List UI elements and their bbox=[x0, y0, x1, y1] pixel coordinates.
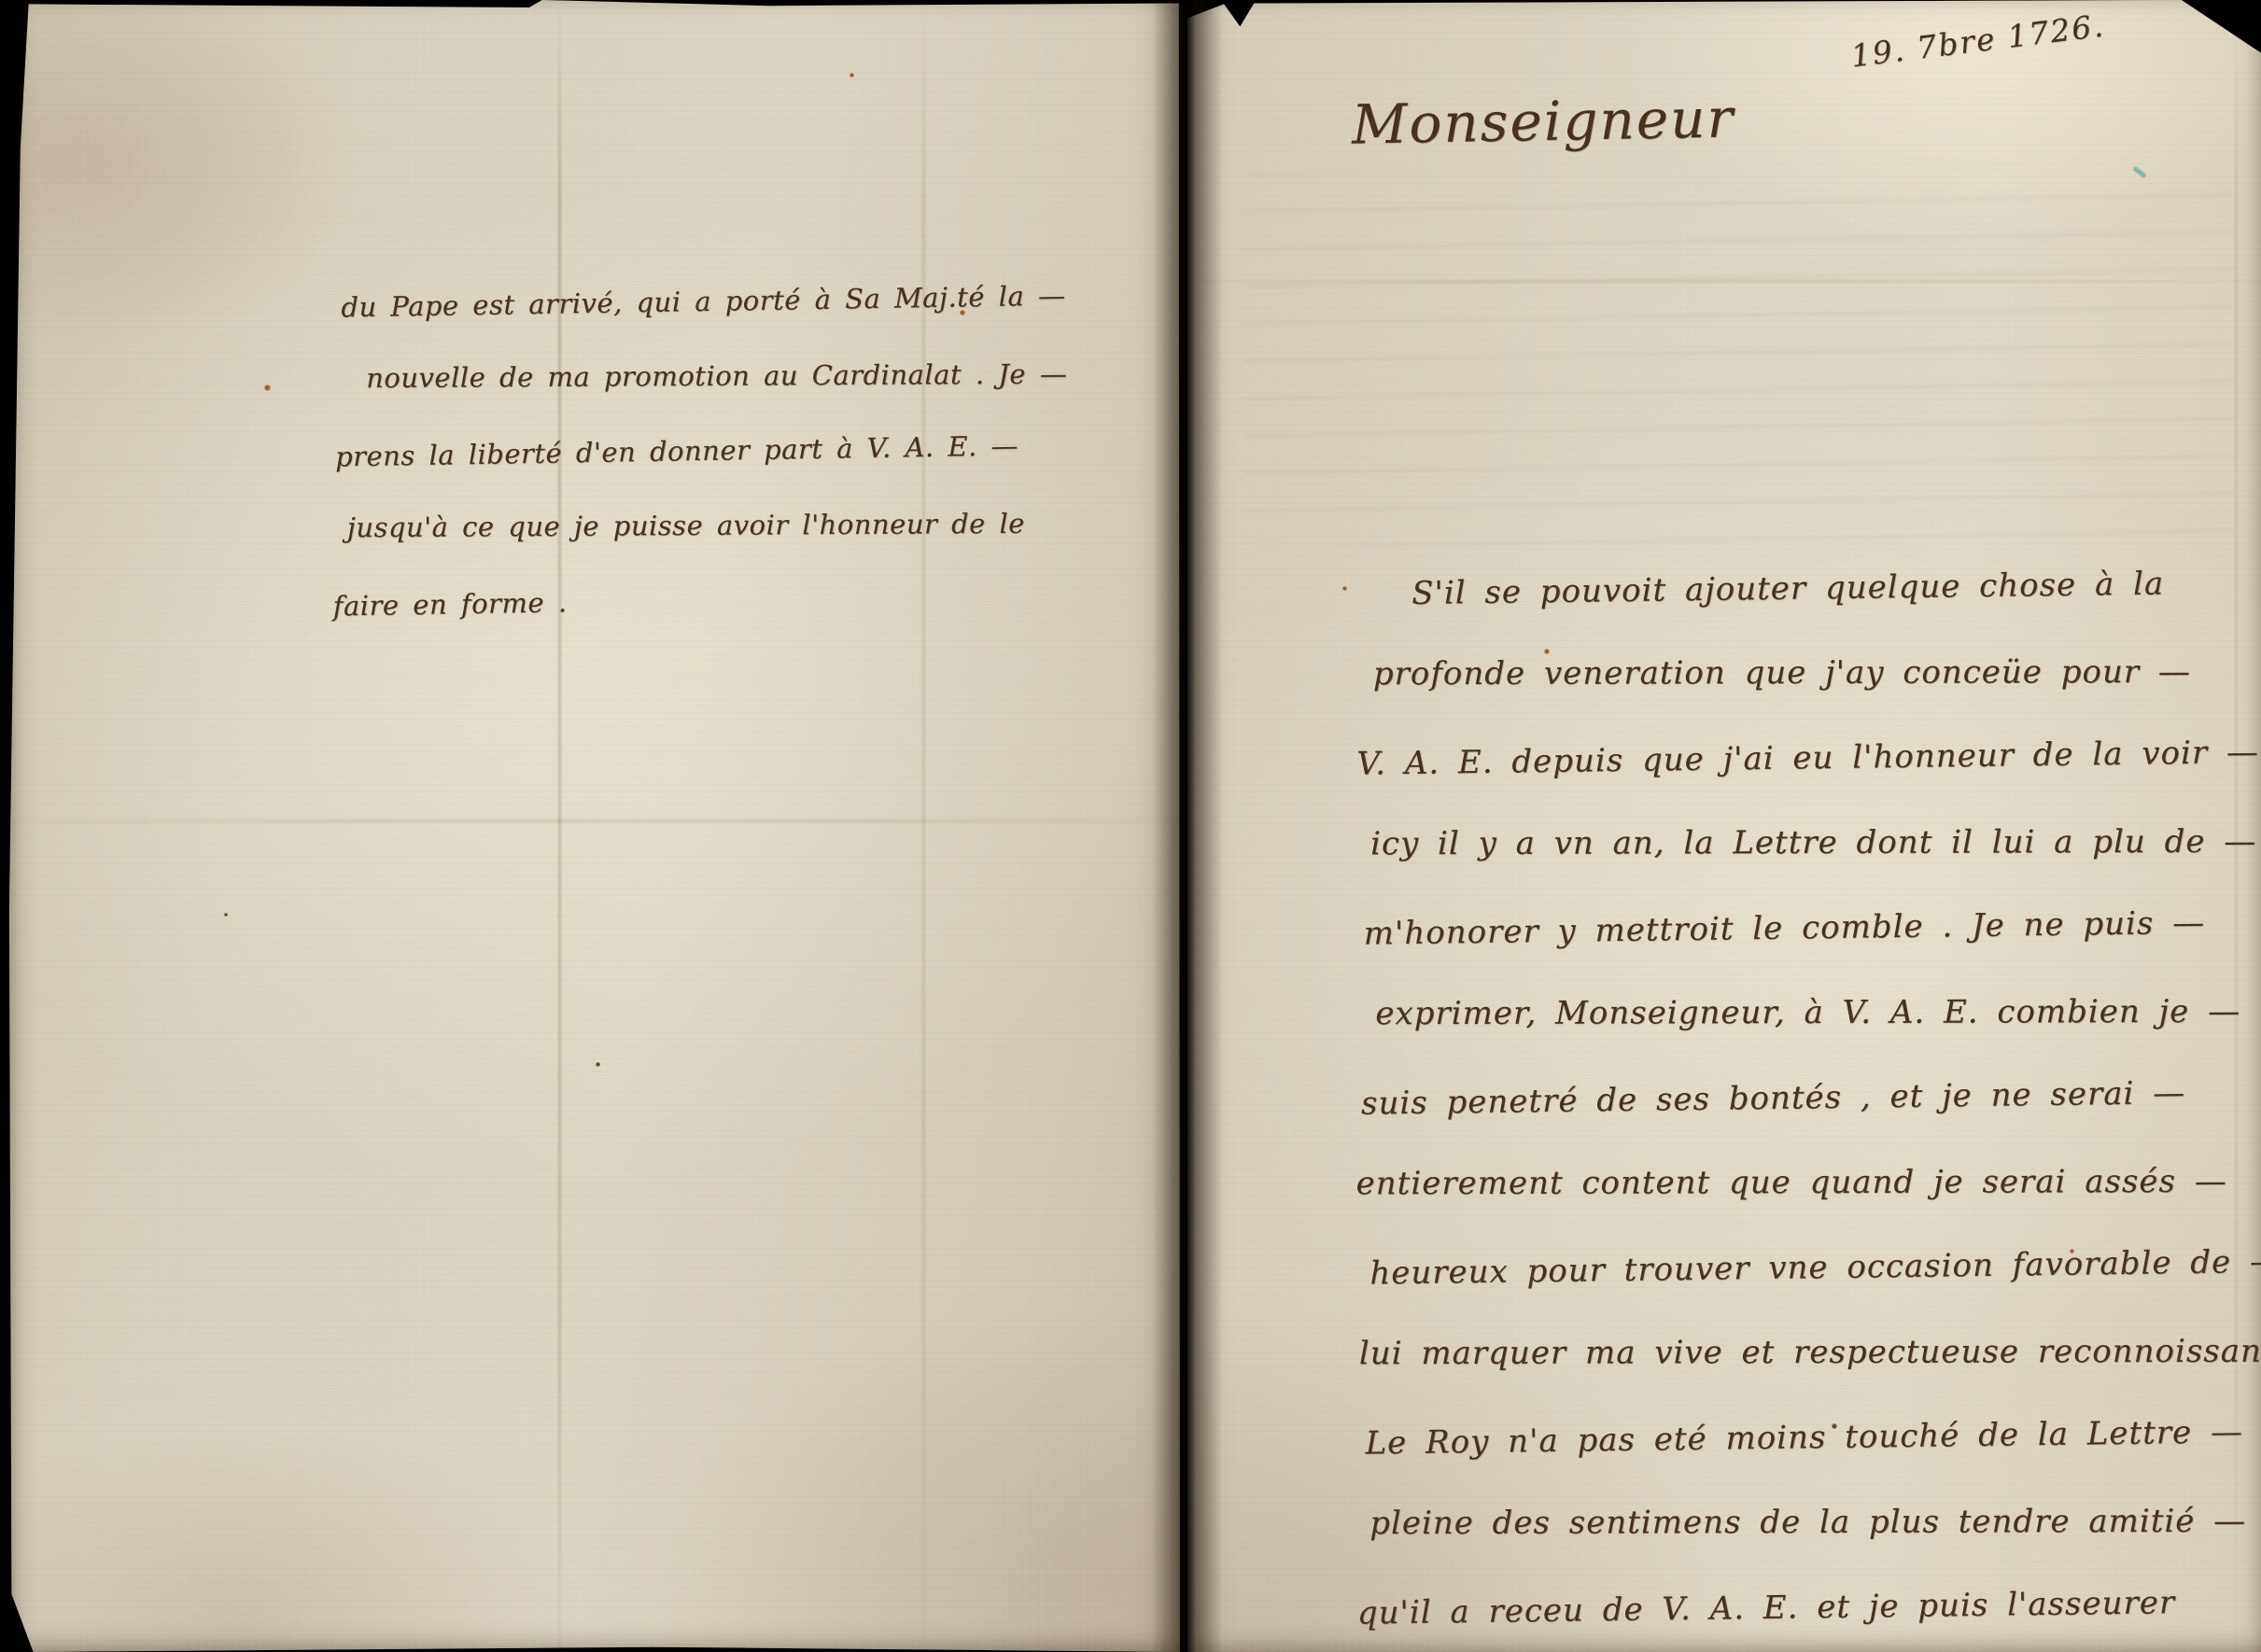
handwritten-line: nouvelle de ma promotion au Cardinalat .… bbox=[366, 337, 1068, 416]
handwritten-line: jusqu'à ce que je puisse avoir l'honneur… bbox=[347, 486, 1070, 566]
handwritten-line: heureux pour trouver vne occasion favora… bbox=[1369, 1219, 2261, 1316]
handwritten-line: du Pape est arrivé, qui a porté à Sa Maj… bbox=[341, 258, 1067, 344]
handwritten-line: lui marquer ma vive et respectueuse reco… bbox=[1359, 1309, 2261, 1397]
foxing-spot bbox=[850, 73, 854, 77]
letter-body-text: S'il se pouvoit ajouter quelque chose à … bbox=[1344, 542, 2261, 1652]
date-annotation: 19. 7bre 1726. bbox=[1849, 7, 2107, 74]
manuscript-scan: du Pape est arrivé, qui a porté à Sa Maj… bbox=[0, 0, 2261, 1652]
foxing-spot bbox=[224, 913, 228, 917]
verso-show-through bbox=[1243, 173, 2233, 546]
fold-crease-horizontal bbox=[1187, 280, 2261, 283]
fold-crease-vertical bbox=[922, 0, 925, 1652]
green-ink-mark bbox=[2132, 166, 2147, 179]
fold-crease-horizontal bbox=[7, 819, 1180, 822]
handwritten-line: suis penetré de ses bontés , et je ne se… bbox=[1360, 1049, 2261, 1146]
fold-crease-vertical bbox=[558, 0, 561, 1652]
handwritten-line: pleine des sentimens de la plus tendre a… bbox=[1369, 1479, 2261, 1567]
handwritten-line: entierement content que quand je serai a… bbox=[1356, 1140, 2261, 1227]
handwritten-line: V. A. E. depuis que j'ai eu l'honneur de… bbox=[1356, 709, 2261, 806]
handwritten-line: exprimer, Monseigneur, à V. A. E. combie… bbox=[1375, 970, 2261, 1057]
foxing-spot bbox=[264, 385, 271, 391]
handwritten-line: Le Roy n'a pas eté moins touché de la Le… bbox=[1365, 1389, 2261, 1486]
left-page-text: du Pape est arrivé, qui a porté à Sa Maj… bbox=[328, 260, 1070, 641]
salutation: Monseigneur bbox=[1351, 86, 1734, 156]
handwritten-line: S'il se pouvoit ajouter quelque chose à … bbox=[1411, 539, 2261, 637]
left-page: du Pape est arrivé, qui a porté à Sa Maj… bbox=[7, 0, 1180, 1652]
handwritten-line: m'honorer y mettroit le comble . Je ne p… bbox=[1363, 879, 2261, 976]
foxing-spot bbox=[596, 1062, 600, 1067]
right-page: 19. 7bre 1726. Monseigneur S'il se pouvo… bbox=[1187, 0, 2261, 1652]
handwritten-line: qu'il a receu de V. A. E. et je puis l'a… bbox=[1356, 1559, 2261, 1652]
handwritten-line: icy il y a vn an, la Lettre dont il lui … bbox=[1370, 800, 2261, 888]
handwritten-line: faire en forme . bbox=[332, 556, 1070, 643]
handwritten-line: profonde veneration que j'ay conceüe pou… bbox=[1373, 630, 2261, 718]
handwritten-line: prens la liberté d'en donner part à V. A… bbox=[334, 407, 1068, 494]
